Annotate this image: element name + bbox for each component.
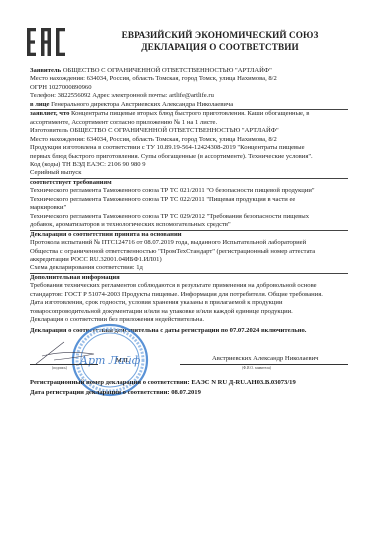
signature-caption: (подпись)	[52, 366, 67, 370]
representative: Генерального директора Австриевских Алек…	[49, 101, 233, 108]
additional-line: стандартов: ГОСТ Р 51074-2003 Продукты п…	[30, 291, 348, 299]
applicant-name: ОБЩЕСТВО С ОГРАНИЧЕННОЙ ОТВЕТСТВЕННОСТЬЮ…	[61, 67, 272, 74]
serial-release: Серийный выпуск	[30, 169, 348, 178]
signature-line	[30, 364, 98, 365]
requirement-item: маркировки"	[30, 204, 348, 212]
declaration-title: ДЕКЛАРАЦИЯ О СООТВЕТСТВИИ	[100, 41, 340, 53]
applicant-ogrn: ОГРН 1027000890960	[30, 84, 348, 92]
registration-number: Регистрационный номер декларации о соотв…	[30, 378, 360, 388]
manufacturer-address: Место нахождения: 634034, Россия, област…	[30, 136, 348, 144]
signer-name: Австриевских Александр Николаевич	[212, 355, 318, 362]
requirement-item: Технического регламента Таможенного союз…	[30, 196, 348, 204]
basis-line: аккредитации РОСС RU.32001.04ИБФ1.ИЛ01)	[30, 256, 348, 264]
declares-label: заявляет, что	[30, 110, 69, 117]
product-line1: Концентраты пищевые вторых блюд быстрого…	[69, 110, 309, 117]
signer-line	[180, 364, 348, 365]
declaration-scheme: Схема декларирования соответствия: 1д	[30, 264, 348, 273]
applicant-contacts: Телефон: 3822556092 Адрес электронной по…	[30, 92, 348, 100]
basis-line: Общества с ограниченной ответственностью…	[30, 248, 348, 256]
signer-caption: (Ф.И.О. заявителя)	[242, 366, 271, 370]
representative-label: в лице	[30, 101, 49, 108]
additional-info-label: Дополнительная информация	[30, 274, 348, 282]
signature-block: (подпись) М.П. Австриевских Александр Ни…	[30, 354, 348, 374]
requirements-label: соответствует требованиям	[30, 179, 348, 187]
applicant-address: Место нахождения: 634034, Россия, област…	[30, 75, 348, 83]
applicant-label: Заявитель	[30, 67, 61, 74]
additional-line: Дата изготовления, срок годности, услови…	[30, 299, 348, 307]
tn-ved-code: Код (коды) ТН ВЭД ЕАЭС: 2106 90 980 9	[30, 161, 348, 169]
additional-line: товаросопроводительной документации и/ил…	[30, 308, 348, 316]
additional-line: Требования технических регламентов соблю…	[30, 282, 348, 290]
basis-line: Протокола испытаний № ПТС124716 от 08.07…	[30, 239, 348, 247]
requirement-item: Технического регламента Таможенного союз…	[30, 187, 348, 195]
stamp-place-label: М.П.	[116, 357, 130, 364]
basis-label: Декларация о соответствии принята на осн…	[30, 231, 348, 239]
registration-block: Регистрационный номер декларации о соотв…	[30, 378, 360, 398]
document-header: ЕВРАЗИЙСКИЙ ЭКОНОМИЧЕСКИЙ СОЮЗ ДЕКЛАРАЦИ…	[100, 29, 340, 53]
union-title: ЕВРАЗИЙСКИЙ ЭКОНОМИЧЕСКИЙ СОЮЗ	[100, 29, 340, 41]
eac-logo	[27, 28, 67, 56]
tu-line2: первых блюд быстрого приготовления. Супы…	[30, 153, 348, 161]
tu-line1: Продукция изготовлена в соответствии с Т…	[30, 144, 348, 152]
requirement-item: Технического регламента Таможенного союз…	[30, 213, 348, 221]
declaration-body: Заявитель ОБЩЕСТВО С ОГРАНИЧЕННОЙ ОТВЕТС…	[30, 67, 348, 335]
manufacturer: Изготовитель ОБЩЕСТВО С ОГРАНИЧЕННОЙ ОТВ…	[30, 127, 348, 135]
product-line2: ассортименте, Ассортимент согласно прило…	[30, 119, 348, 127]
signature-scribble-icon	[34, 340, 104, 366]
eac-mark-icon	[27, 28, 67, 56]
requirement-item: добавок, ароматизаторов и технологически…	[30, 221, 348, 230]
registration-date: Дата регистрации декларации о соответств…	[30, 388, 360, 398]
